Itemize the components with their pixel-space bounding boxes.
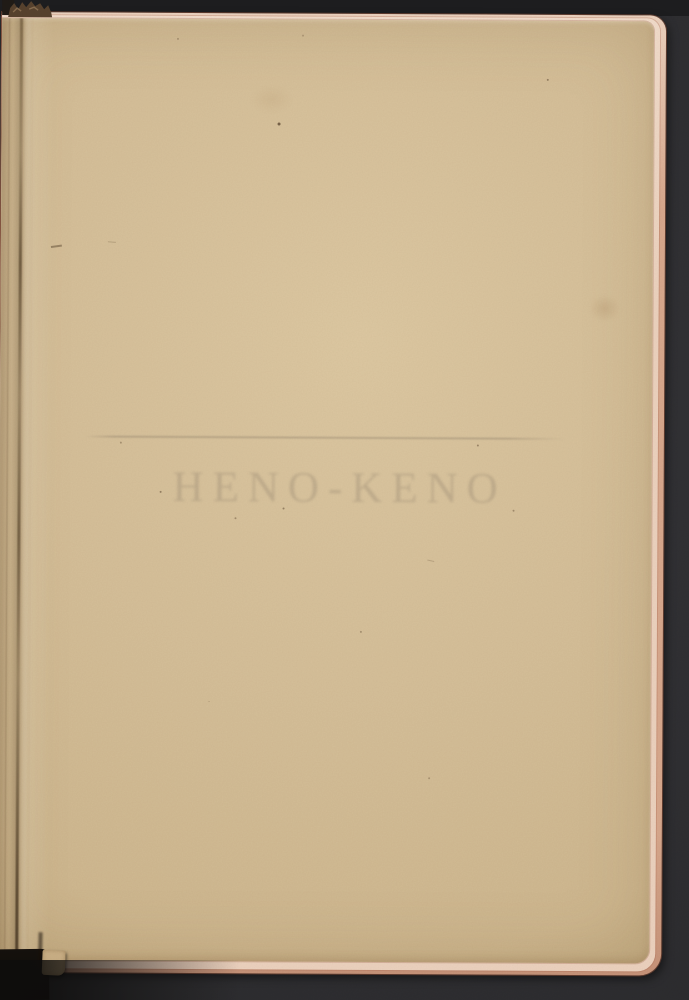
paper-speck	[302, 35, 304, 37]
book-page: HENO-KENO	[0, 18, 654, 963]
paper-speck	[477, 444, 479, 446]
paper-speck	[120, 442, 122, 444]
book: HENO-KENO	[0, 0, 689, 1000]
ghost-rule-line	[85, 435, 565, 440]
paper-speck	[547, 79, 549, 81]
paper-fiber	[427, 560, 434, 562]
headband-remnant	[7, 0, 53, 19]
paper-speck	[513, 510, 515, 512]
paper-speck	[209, 701, 210, 702]
paper-stain	[242, 79, 302, 119]
paper-speck	[177, 38, 179, 40]
paper-speck	[428, 777, 430, 779]
paper-speck	[360, 631, 362, 633]
paper-stain	[582, 289, 626, 327]
scan-backdrop: HENO-KENO	[0, 0, 689, 1000]
paper-fiber	[51, 245, 62, 248]
ghost-title: HENO-KENO	[120, 463, 560, 514]
paper-speck	[283, 507, 285, 509]
paper-fiber	[108, 241, 116, 243]
paper-speck	[234, 517, 236, 519]
page-bottom-tail	[42, 950, 66, 976]
paper-speck	[160, 491, 162, 493]
paper-speck	[278, 122, 281, 125]
